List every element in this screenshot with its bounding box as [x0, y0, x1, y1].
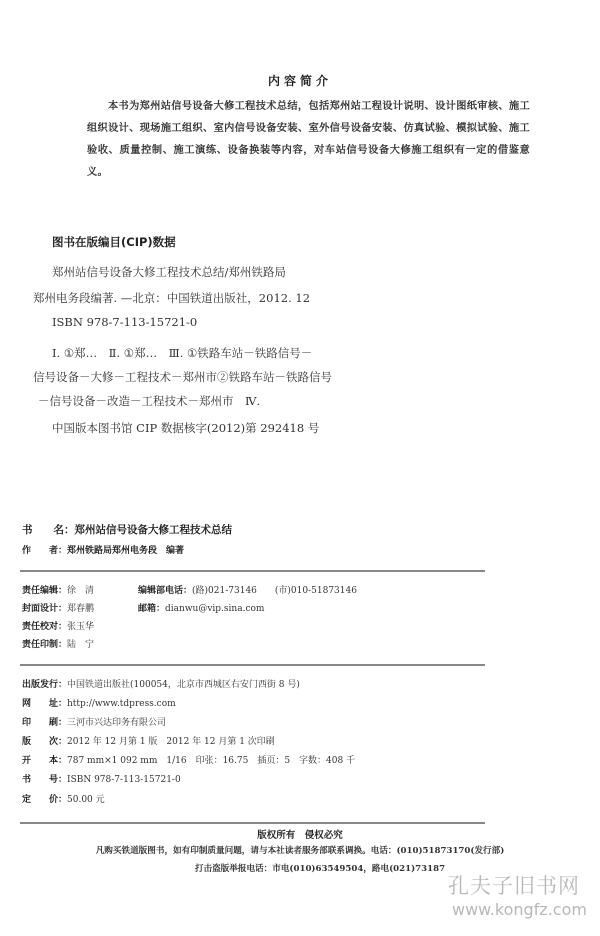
imprint-value: 787 mm×1 092 mm 1/16 印张：16.75 插页：5 字数：40…	[67, 756, 355, 766]
cip-isbn: ISBN 978-7-113-15721-0	[52, 315, 197, 329]
cip-line: 郑州站信号设备大修工程技术总结/郑州铁路局	[52, 264, 286, 280]
proof-value: 张玉华	[67, 622, 94, 632]
imprint-row: 印 刷：三河市兴达印务有限公司	[22, 715, 166, 728]
email-value: dianwu@vip.sina.com	[165, 604, 264, 614]
imprint-row: 出版发行：中国铁道出版社(100054，北京市西城区右安门西街 8 号)	[22, 677, 300, 690]
book-author-row: 作 者：郑州铁路局郑州电务段 编著	[22, 543, 184, 556]
book-author-label: 作 者：	[22, 546, 67, 556]
editor-label: 责任编辑：	[22, 586, 67, 596]
imprint-value: ISBN 978-7-113-15721-0	[67, 775, 181, 785]
divider	[20, 822, 485, 824]
phone-label: 编辑部电话：	[138, 586, 192, 596]
divider	[20, 664, 485, 666]
imprint-label: 版 次：	[22, 737, 67, 747]
email-label: 邮箱：	[138, 604, 165, 614]
proof-label: 责任校对：	[22, 622, 67, 632]
staff-row-editor: 责任编辑：徐 清编辑部电话：(路)021-73146 (市)010-518731…	[22, 583, 357, 596]
imprint-row: 网 址：http://www.tdpress.com	[22, 696, 176, 709]
book-title-value: 郑州站信号设备大修工程技术总结	[75, 524, 233, 536]
imprint-label: 印 刷：	[22, 718, 67, 728]
cip-line: －信号设备－改造－工程技术－郑州市 Ⅳ.	[38, 393, 260, 409]
print-label: 责任印制：	[22, 640, 67, 650]
imprint-row: 版 次：2012 年 12 月第 1 版 2012 年 12 月第 1 次印刷	[22, 734, 275, 747]
cip-line: Ⅰ. ①郑… Ⅱ. ①郑… Ⅲ. ①铁路车站－铁路信号－	[52, 345, 312, 361]
watermark-name: 孔夫子旧书网	[448, 870, 580, 900]
staff-row-print: 责任印制：陆 宁	[22, 637, 94, 650]
staff-row-cover: 封面设计：郑春鹏邮箱：dianwu@vip.sina.com	[22, 601, 264, 614]
imprint-row: 书 号：ISBN 978-7-113-15721-0	[22, 772, 181, 785]
phone-value: (路)021-73146 (市)010-51873146	[192, 586, 357, 596]
imprint-value: 2012 年 12 月第 1 版 2012 年 12 月第 1 次印刷	[67, 737, 275, 747]
cover-value: 郑春鹏	[67, 601, 127, 614]
divider	[20, 570, 485, 572]
imprint-value: http://www.tdpress.com	[67, 699, 176, 709]
staff-row-proof: 责任校对：张玉华	[22, 619, 94, 632]
cip-heading: 图书在版编目(CIP)数据	[52, 234, 176, 250]
imprint-label: 开 本：	[22, 756, 67, 766]
imprint-label: 书 号：	[22, 775, 67, 785]
imprint-label: 网 址：	[22, 699, 67, 709]
summary-title: 内容简介	[0, 72, 600, 89]
book-title-row: 书 名：郑州站信号设备大修工程技术总结	[22, 522, 232, 537]
copyright-title: 版权所有 侵权必究	[0, 827, 600, 841]
book-author-value: 郑州铁路局郑州电务段 编著	[67, 546, 184, 556]
cip-line: 郑州电务段编著. —北京：中国铁道出版社，2012. 12	[33, 290, 310, 306]
summary-body: 本书为郑州站信号设备大修工程技术总结，包括郑州站工程设计说明、设计图纸审核、施工…	[87, 95, 530, 183]
cip-number: 中国版本图书馆 CIP 数据核字(2012)第 292418 号	[52, 420, 319, 436]
watermark-url: www.kongfz.com	[452, 900, 587, 919]
copyright-notice: 凡购买铁道版图书，如有印制质量问题，请与本社读者服务部联系调换。电话：(010)…	[0, 844, 600, 856]
imprint-value: 三河市兴达印务有限公司	[67, 718, 166, 728]
editor-value: 徐 清	[67, 583, 127, 596]
cover-label: 封面设计：	[22, 604, 67, 614]
print-value: 陆 宁	[67, 640, 94, 650]
imprint-label: 出版发行：	[22, 680, 67, 690]
imprint-label: 定 价：	[22, 795, 67, 805]
imprint-value: 50.00 元	[67, 795, 105, 805]
imprint-row: 开 本：787 mm×1 092 mm 1/16 印张：16.75 插页：5 字…	[22, 753, 355, 766]
imprint-value: 中国铁道出版社(100054，北京市西城区右安门西街 8 号)	[67, 680, 300, 690]
imprint-row: 定 价：50.00 元	[22, 792, 105, 805]
book-title-label: 书 名：	[22, 524, 75, 536]
cip-line: 信号设备－大修－工程技术－郑州市②铁路车站－铁路信号	[33, 369, 332, 385]
